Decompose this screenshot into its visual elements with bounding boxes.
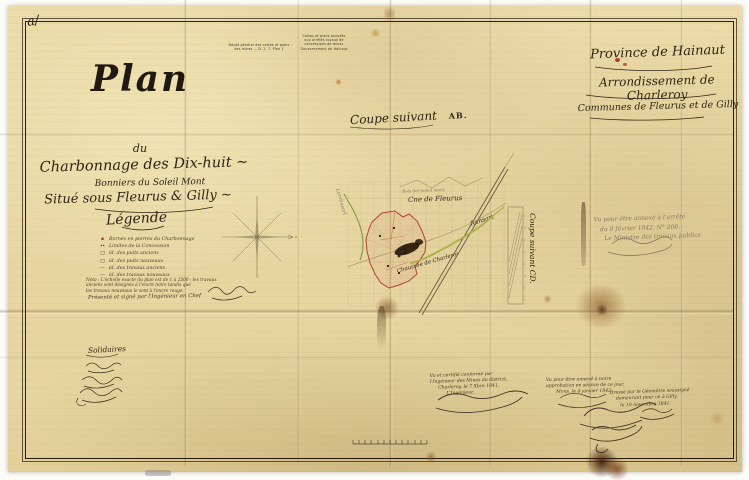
signature-scribble	[558, 393, 606, 407]
stain	[384, 4, 395, 24]
signature-scribble	[436, 391, 528, 413]
signature-scribble	[86, 363, 121, 373]
stain	[604, 458, 630, 480]
stain	[370, 29, 381, 37]
signature-scribble	[82, 377, 122, 388]
signature-scribble	[640, 409, 674, 420]
stain	[581, 202, 586, 266]
stain	[596, 304, 608, 316]
stain	[543, 295, 552, 303]
signature-scribble	[208, 287, 256, 301]
stain	[335, 79, 342, 85]
road-chaussee	[419, 153, 514, 315]
stream-west	[344, 194, 363, 260]
stain	[623, 63, 627, 66]
stain	[615, 58, 620, 62]
signature-scribble	[77, 389, 122, 406]
stain	[708, 412, 726, 425]
section-cd-diagram	[508, 207, 526, 304]
scanned-map-sheet: a/ Dépôt général des cartes et plans des…	[0, 0, 749, 480]
stain	[424, 452, 438, 462]
concession-boundary	[366, 211, 426, 288]
scale-bar	[353, 440, 427, 444]
pencil-zigzag-line	[400, 177, 482, 188]
stream-east	[410, 207, 504, 263]
signature-scribble	[608, 237, 672, 256]
stain	[377, 306, 386, 350]
stain	[145, 470, 171, 476]
compass-rose-icon	[222, 196, 297, 278]
map-drawing-overlay	[0, 0, 749, 480]
